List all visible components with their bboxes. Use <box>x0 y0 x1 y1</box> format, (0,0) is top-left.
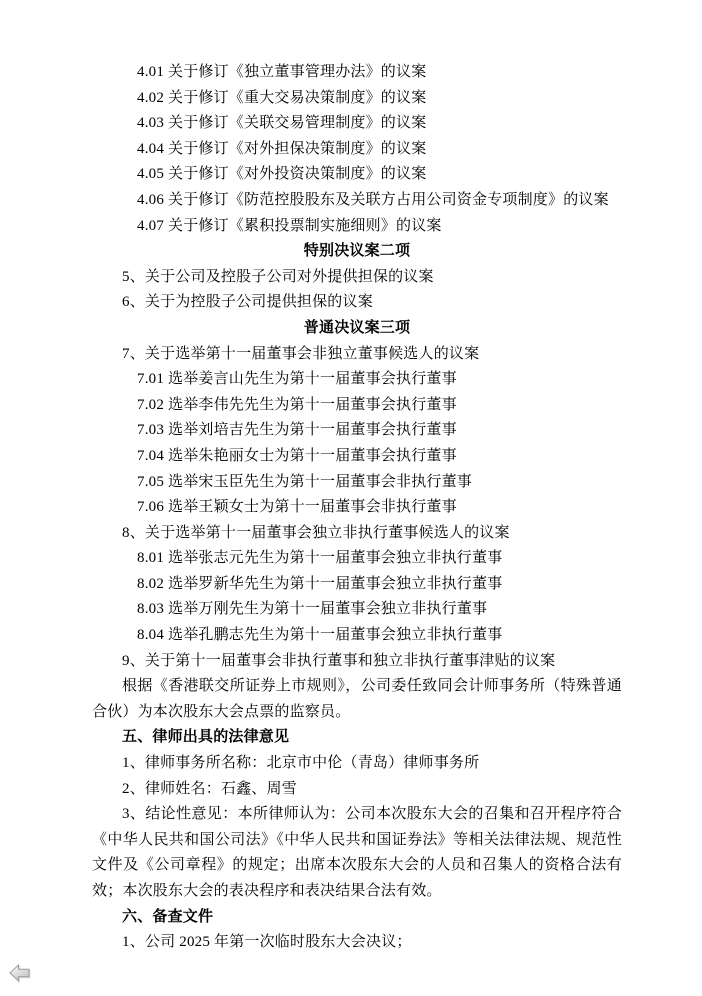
proposal-item-8: 8、关于选举第十一届董事会独立非执行董事候选人的议案 <box>92 521 622 547</box>
proposal-subitem-8-04: 8.04 选举孔鹏志先生为第十一届董事会独立非执行董事 <box>92 623 622 649</box>
proposal-subitem-7-01: 7.01 选举姜言山先生为第十一届董事会执行董事 <box>92 367 622 393</box>
document-content: 4.01 关于修订《独立董事管理办法》的议案 4.02 关于修订《重大交易决策制… <box>92 60 622 956</box>
law-firm-name: 1、律师事务所名称：北京市中伦（青岛）律师事务所 <box>92 751 622 777</box>
proposal-item-6: 6、关于为控股子公司提供担保的议案 <box>92 290 622 316</box>
proposal-subitem-8-01: 8.01 选举张志元先生为第十一届董事会独立非执行董事 <box>92 546 622 572</box>
proposal-subitem-7-05: 7.05 选举宋玉臣先生为第十一届董事会非执行董事 <box>92 470 622 496</box>
proposal-subitem-4-01: 4.01 关于修订《独立董事管理办法》的议案 <box>92 60 622 86</box>
proposal-subitem-4-02: 4.02 关于修订《重大交易决策制度》的议案 <box>92 86 622 112</box>
proposal-subitem-8-03: 8.03 选举万刚先生为第十一届董事会独立非执行董事 <box>92 597 622 623</box>
proposal-subitem-7-06: 7.06 选举王颖女士为第十一届董事会非执行董事 <box>92 495 622 521</box>
special-resolutions-heading: 特别决议案二项 <box>92 239 622 265</box>
section-5-heading: 五、律师出具的法律意见 <box>92 725 622 751</box>
proposal-subitem-4-06: 4.06 关于修订《防范控股股东及关联方占用公司资金专项制度》的议案 <box>92 188 622 214</box>
document-page: 4.01 关于修订《独立董事管理办法》的议案 4.02 关于修订《重大交易决策制… <box>0 0 702 996</box>
proposal-subitem-4-04: 4.04 关于修订《对外担保决策制度》的议案 <box>92 137 622 163</box>
ordinary-resolutions-heading: 普通决议案三项 <box>92 316 622 342</box>
proposal-subitem-4-05: 4.05 关于修订《对外投资决策制度》的议案 <box>92 162 622 188</box>
section-6-heading: 六、备查文件 <box>92 905 622 931</box>
back-arrow-icon[interactable] <box>9 962 31 984</box>
proposal-subitem-7-02: 7.02 选举李伟先先生为第十一届董事会执行董事 <box>92 393 622 419</box>
lawyer-names: 2、律师姓名：石鑫、周雪 <box>92 777 622 803</box>
proposal-item-7: 7、关于选举第十一届董事会非独立董事候选人的议案 <box>92 342 622 368</box>
proposal-item-5: 5、关于公司及控股子公司对外提供担保的议案 <box>92 265 622 291</box>
proposal-subitem-8-02: 8.02 选举罗新华先生为第十一届董事会独立非执行董事 <box>92 572 622 598</box>
scrutineer-paragraph: 根据《香港联交所证券上市规则》，公司委任致同会计师事务所（特殊普通合伙）为本次股… <box>92 674 622 725</box>
proposal-item-9: 9、关于第十一届董事会非执行董事和独立非执行董事津贴的议案 <box>92 649 622 675</box>
proposal-subitem-7-04: 7.04 选举朱艳丽女士为第十一届董事会执行董事 <box>92 444 622 470</box>
reference-document-item: 1、公司 2025 年第一次临时股东大会决议； <box>92 930 622 956</box>
legal-conclusion-paragraph: 3、结论性意见：本所律师认为：公司本次股东大会的召集和召开程序符合《中华人民共和… <box>92 802 622 904</box>
proposal-subitem-4-07: 4.07 关于修订《累积投票制实施细则》的议案 <box>92 214 622 240</box>
proposal-subitem-7-03: 7.03 选举刘培吉先生为第十一届董事会执行董事 <box>92 418 622 444</box>
proposal-subitem-4-03: 4.03 关于修订《关联交易管理制度》的议案 <box>92 111 622 137</box>
